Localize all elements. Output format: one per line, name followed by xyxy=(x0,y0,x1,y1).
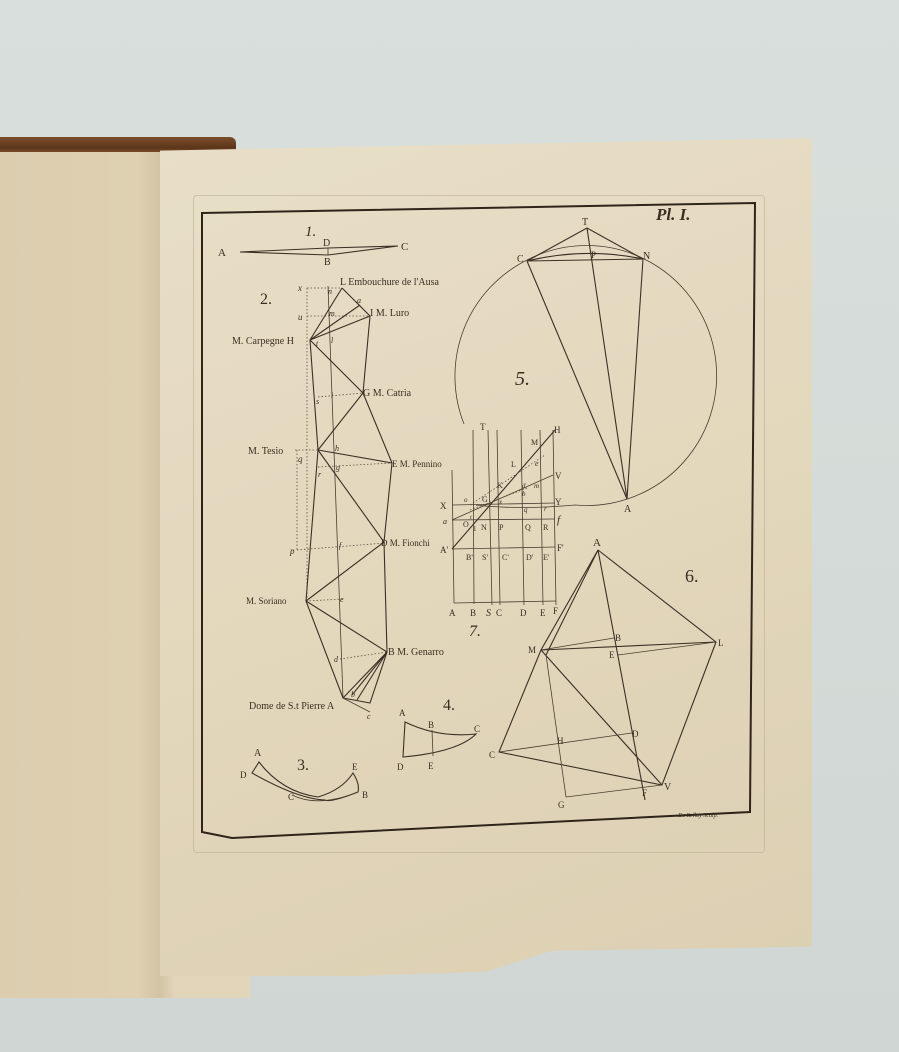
point-label: Q xyxy=(525,523,531,532)
figure-1: 1. A D B C xyxy=(218,224,408,268)
point-label: C xyxy=(401,241,408,253)
figure-number: 1. xyxy=(305,224,316,240)
point-label: f xyxy=(557,514,562,526)
point-label: B xyxy=(362,790,368,800)
point-label: A xyxy=(399,708,406,718)
place-label-D: D M. Fionchi xyxy=(381,538,430,548)
point-label: P xyxy=(499,523,504,532)
point-label: S' xyxy=(482,553,488,562)
point-label: D xyxy=(240,770,247,780)
axis-label: F xyxy=(553,606,558,616)
letter: x xyxy=(297,283,302,293)
point-label: q xyxy=(524,506,528,514)
point-label: E xyxy=(352,762,358,772)
place-label-A: Dome de S.t Pierre A xyxy=(249,701,335,712)
point-label: A xyxy=(218,247,226,259)
point-label: F' xyxy=(557,543,564,553)
letter: i xyxy=(331,391,333,400)
point-label: H xyxy=(557,736,564,746)
point-label: C xyxy=(517,254,524,265)
figure-6: 6. A M B E L H D C V G F xyxy=(489,537,724,810)
axis-label: A xyxy=(449,608,456,618)
point-label: M xyxy=(531,438,538,447)
figure-7: 7. T M H L e V K d m b X o G x Y a O t q… xyxy=(440,422,564,640)
point-label: A' xyxy=(440,545,448,555)
point-label: B' xyxy=(466,553,473,562)
figure-4: 4. A B C D E xyxy=(397,697,480,772)
plate-title: Pl. I. xyxy=(655,205,690,224)
letter: f xyxy=(339,541,343,550)
point-label: A xyxy=(624,504,632,515)
point-label: D' xyxy=(526,553,534,562)
point-label: G xyxy=(558,800,565,810)
point-label: N xyxy=(643,251,650,262)
figure-2: 2. L Embouchure de l'Ausa I M. Luro M. C… xyxy=(232,277,444,721)
place-label-F: M. Tesio xyxy=(248,446,283,457)
point-label: F xyxy=(642,788,647,798)
letter: g xyxy=(336,463,340,472)
point-label: C xyxy=(288,792,294,802)
letter: t xyxy=(316,339,319,348)
point-label: d xyxy=(522,482,526,490)
place-label-G: G M. Catria xyxy=(363,388,412,399)
point-label: b xyxy=(522,490,526,498)
point-label: N xyxy=(481,523,487,532)
point-label: G xyxy=(482,495,488,504)
point-label: V xyxy=(664,782,672,793)
point-label: C xyxy=(474,724,480,734)
point-label: E xyxy=(428,761,434,771)
point-label: C' xyxy=(502,553,509,562)
point-label: A xyxy=(593,537,601,549)
letter: e xyxy=(340,595,344,604)
letter: u xyxy=(298,312,303,322)
letter: b xyxy=(351,690,355,699)
point-label: B xyxy=(615,633,621,643)
place-label-L: L Embouchure de l'Ausa xyxy=(340,277,439,288)
point-label: r xyxy=(544,505,547,513)
figure-number: 3. xyxy=(297,757,309,774)
point-label: C xyxy=(489,750,495,760)
axis-label: D xyxy=(520,608,527,618)
point-label: M xyxy=(528,645,536,655)
point-label: L xyxy=(718,638,724,648)
letter: p xyxy=(289,546,295,556)
figure-number: 4. xyxy=(443,697,455,714)
place-label-I: I M. Luro xyxy=(370,308,409,319)
point-label: m xyxy=(534,482,539,490)
point-label: R xyxy=(543,523,549,532)
letter: m xyxy=(329,309,335,318)
figure-5: 5. T C P N A xyxy=(455,217,717,515)
engraver-credit: De Bellay Sculp. xyxy=(677,813,718,819)
axis-label: E xyxy=(540,608,546,618)
letter: s xyxy=(316,397,319,406)
place-label-B: B M. Genarro xyxy=(388,647,444,658)
point-label: a xyxy=(443,517,447,526)
point-label: T xyxy=(480,422,486,432)
point-label: T xyxy=(582,217,588,228)
point-label: B xyxy=(428,720,434,730)
letter: q xyxy=(298,454,303,464)
point-label: D xyxy=(323,238,330,249)
point-label: D xyxy=(397,762,404,772)
point-label: K xyxy=(497,481,503,490)
point-label: B xyxy=(324,257,331,268)
figure-number: 2. xyxy=(260,291,272,308)
point-label: E xyxy=(609,650,615,660)
letter: d xyxy=(334,655,339,664)
point-label: H xyxy=(554,425,561,435)
point-label: o xyxy=(464,496,468,504)
point-label: L xyxy=(511,460,516,469)
letter: a xyxy=(357,296,361,305)
letter: l xyxy=(331,336,334,345)
letter: h xyxy=(335,444,339,453)
point-label: 1 xyxy=(473,525,477,533)
point-label: E' xyxy=(543,553,550,562)
axis-label: S xyxy=(486,608,491,619)
axis-label: B xyxy=(470,608,476,618)
point-label: x xyxy=(498,498,503,506)
plate-frame xyxy=(202,203,755,838)
point-label: P xyxy=(591,250,596,260)
point-label: D xyxy=(632,729,639,739)
figure-number: 6. xyxy=(685,566,699,586)
point-label: e xyxy=(535,459,539,468)
axis-label: C xyxy=(496,608,502,618)
letter: r xyxy=(318,470,322,479)
point-label: V xyxy=(555,471,562,481)
engraved-plate: Pl. I. 1. A D B C 2. xyxy=(0,0,899,1052)
place-label-C: M. Soriano xyxy=(246,596,287,606)
point-label: Y xyxy=(555,497,562,507)
point-label: O xyxy=(463,520,469,529)
letter: c xyxy=(367,712,371,721)
figure-3: 3. A D C E B xyxy=(240,748,368,802)
point-label: A xyxy=(254,748,262,759)
place-label-H: M. Carpegne H xyxy=(232,336,294,347)
place-label-E: E M. Pennino xyxy=(392,459,442,469)
point-label: X xyxy=(440,501,447,511)
figure-number: 5. xyxy=(515,368,530,390)
figure-number: 7. xyxy=(469,623,481,640)
letter: n xyxy=(328,287,332,296)
